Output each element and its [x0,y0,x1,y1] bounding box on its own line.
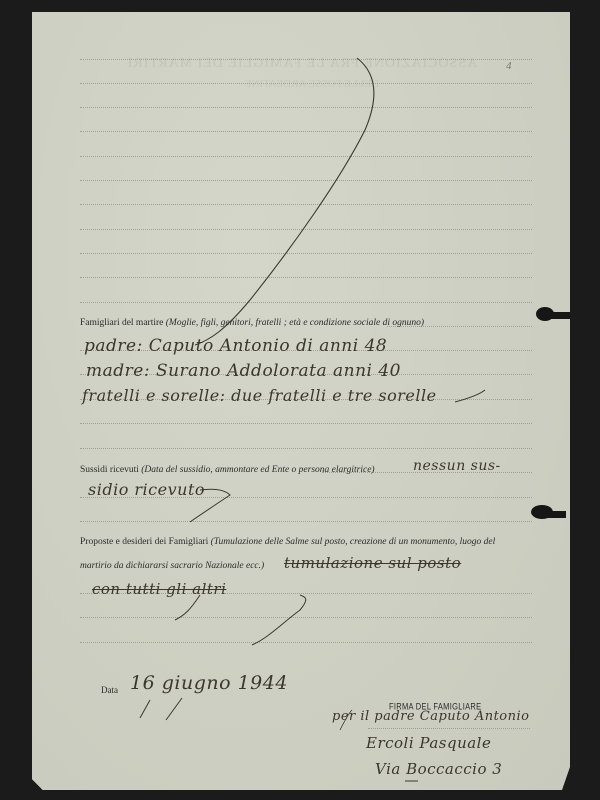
famigliari-entry-padre: padre: Caputo Antonio di anni 48 [84,336,387,356]
ruled-line [80,253,532,254]
ruled-line [80,180,532,181]
sussidi-section-label: Sussidi ricevuti (Data del sussidio, amm… [80,465,375,475]
ruled-line [368,728,530,729]
sussidi-answer-line2: sidio ricevuto [88,480,205,499]
ruled-line [80,83,532,84]
ruled-line [80,277,532,278]
signature-line-2: Ercoli Pasquale [366,734,491,752]
ruled-line [80,156,532,157]
date-value: 16 giugno 1944 [130,672,288,694]
ruled-line [80,448,532,449]
famigliari-entry-madre: madre: Surano Addolorata anni 40 [86,361,401,381]
ruled-line [80,204,532,205]
proposte-section-hint-2-wrap: martirio da dichiararsi sacrario Naziona… [80,561,264,571]
ruled-line [80,521,532,522]
famigliari-section-label: Famigliari del martire (Moglie, figli, g… [80,318,424,328]
proposte-section-hint-1: (Tumulazione delle Salme sul posto, crea… [211,537,496,547]
bleed-through-subheading: DELLE FOSSE ARDEATINE [212,78,412,90]
signature-line-1: per il padre Caputo Antonio [332,709,530,724]
ruled-line [80,107,532,108]
punch-hole-lower-tear [546,511,566,518]
ruled-line [80,302,532,303]
ruled-line [80,131,532,132]
sussidi-answer-line1: nessun sus- [413,458,501,474]
ruled-line [80,59,532,60]
ruled-line [80,423,532,424]
proposte-answer-line2: con tutti gli altri [92,580,226,598]
date-label: Data [101,685,118,695]
signature-line-3: Via Boccaccio 3 [375,760,502,778]
famigliari-section-hint: (Moglie, figli, genitori, fratelli ; età… [166,318,424,328]
famigliari-entry-fratelli: fratelli e sorelle: due fratelli e tre s… [82,386,437,405]
ruled-line [80,617,532,618]
ruled-line [80,229,532,230]
page-number: 4 [506,60,512,72]
proposte-section-hint-2: martirio da dichiararsi sacrario Naziona… [80,561,264,571]
sussidi-section-hint: (Data del sussidio, ammontare ed Ente o … [141,465,374,475]
punch-hole-upper-tear [548,312,570,319]
proposte-section-label: Proposte e desideri dei Famigliari (Tumu… [80,537,495,547]
ruled-line [80,642,532,643]
proposte-answer-line1: tumulazione sul posto [284,554,461,572]
